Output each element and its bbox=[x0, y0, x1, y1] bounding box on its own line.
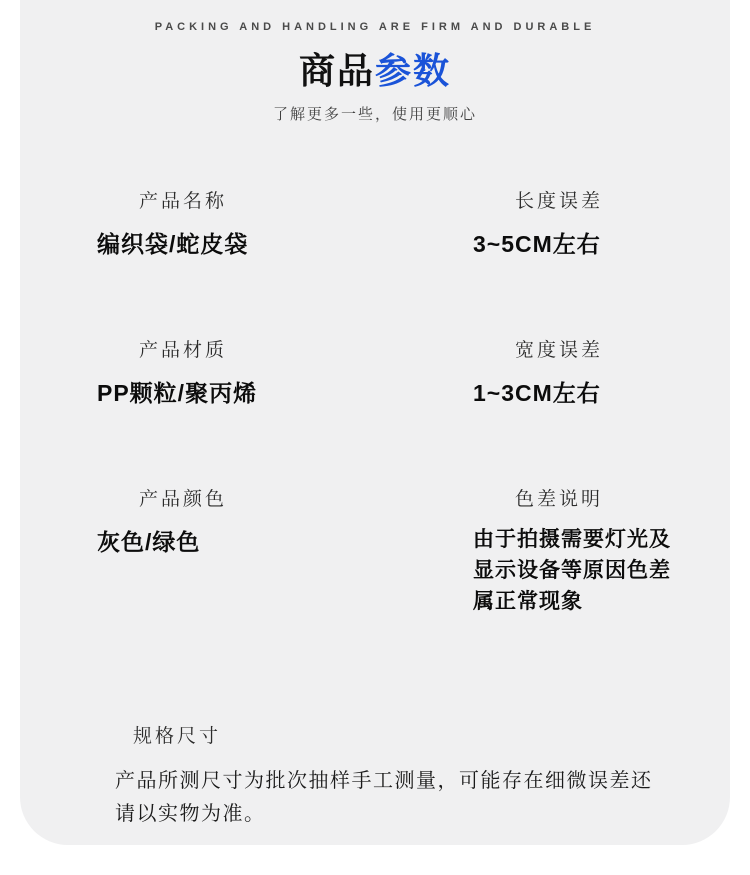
spec-cell-product-name: 产品名称 编织袋/蛇皮袋 bbox=[20, 186, 375, 259]
page-subtitle: 了解更多一些，使用更顺心 bbox=[20, 103, 730, 124]
page-title-black: 商品 bbox=[299, 50, 375, 91]
english-tagline: PACKING AND HANDLING ARE FIRM AND DURABL… bbox=[20, 0, 730, 33]
spec-value-color: 灰色/绿色 bbox=[97, 524, 375, 557]
page-title-blue: 参数 bbox=[375, 50, 451, 91]
size-section-label: 规格尺寸 bbox=[133, 721, 730, 748]
spec-value-product-name: 编织袋/蛇皮袋 bbox=[97, 226, 375, 259]
spec-label-color: 产品颜色 bbox=[139, 484, 375, 511]
spec-label-color-difference: 色差说明 bbox=[515, 484, 730, 511]
spec-cell-material: 产品材质 PP颗粒/聚丙烯 bbox=[20, 335, 375, 408]
spec-label-length-tolerance: 长度误差 bbox=[515, 186, 730, 213]
spec-label-product-name: 产品名称 bbox=[139, 186, 375, 213]
spec-label-material: 产品材质 bbox=[139, 335, 375, 362]
spec-value-length-tolerance: 3~5CM左右 bbox=[473, 226, 730, 259]
spec-cell-width-tolerance: 宽度误差 1~3CM左右 bbox=[375, 335, 730, 408]
spec-value-width-tolerance: 1~3CM左右 bbox=[473, 375, 730, 408]
spec-value-color-difference: 由于拍摄需要灯光及显示设备等原因色差属正常现象 bbox=[473, 524, 679, 617]
spec-value-material: PP颗粒/聚丙烯 bbox=[97, 375, 375, 408]
spec-label-width-tolerance: 宽度误差 bbox=[515, 335, 730, 362]
size-section: 规格尺寸 产品所测尺寸为批次抽样手工测量，可能存在细微误差还请以实物为准。 bbox=[20, 721, 730, 831]
page-title: 商品参数 bbox=[20, 43, 730, 94]
spec-cell-color: 产品颜色 灰色/绿色 bbox=[20, 484, 375, 617]
size-section-note: 产品所测尺寸为批次抽样手工测量，可能存在细微误差还请以实物为准。 bbox=[115, 765, 667, 831]
product-parameters-page: PACKING AND HANDLING ARE FIRM AND DURABL… bbox=[0, 0, 750, 875]
parameters-card: PACKING AND HANDLING ARE FIRM AND DURABL… bbox=[20, 0, 730, 845]
spec-grid: 产品名称 编织袋/蛇皮袋 长度误差 3~5CM左右 产品材质 PP颗粒/聚丙烯 … bbox=[20, 186, 730, 617]
spec-cell-length-tolerance: 长度误差 3~5CM左右 bbox=[375, 186, 730, 259]
spec-cell-color-difference: 色差说明 由于拍摄需要灯光及显示设备等原因色差属正常现象 bbox=[375, 484, 730, 617]
